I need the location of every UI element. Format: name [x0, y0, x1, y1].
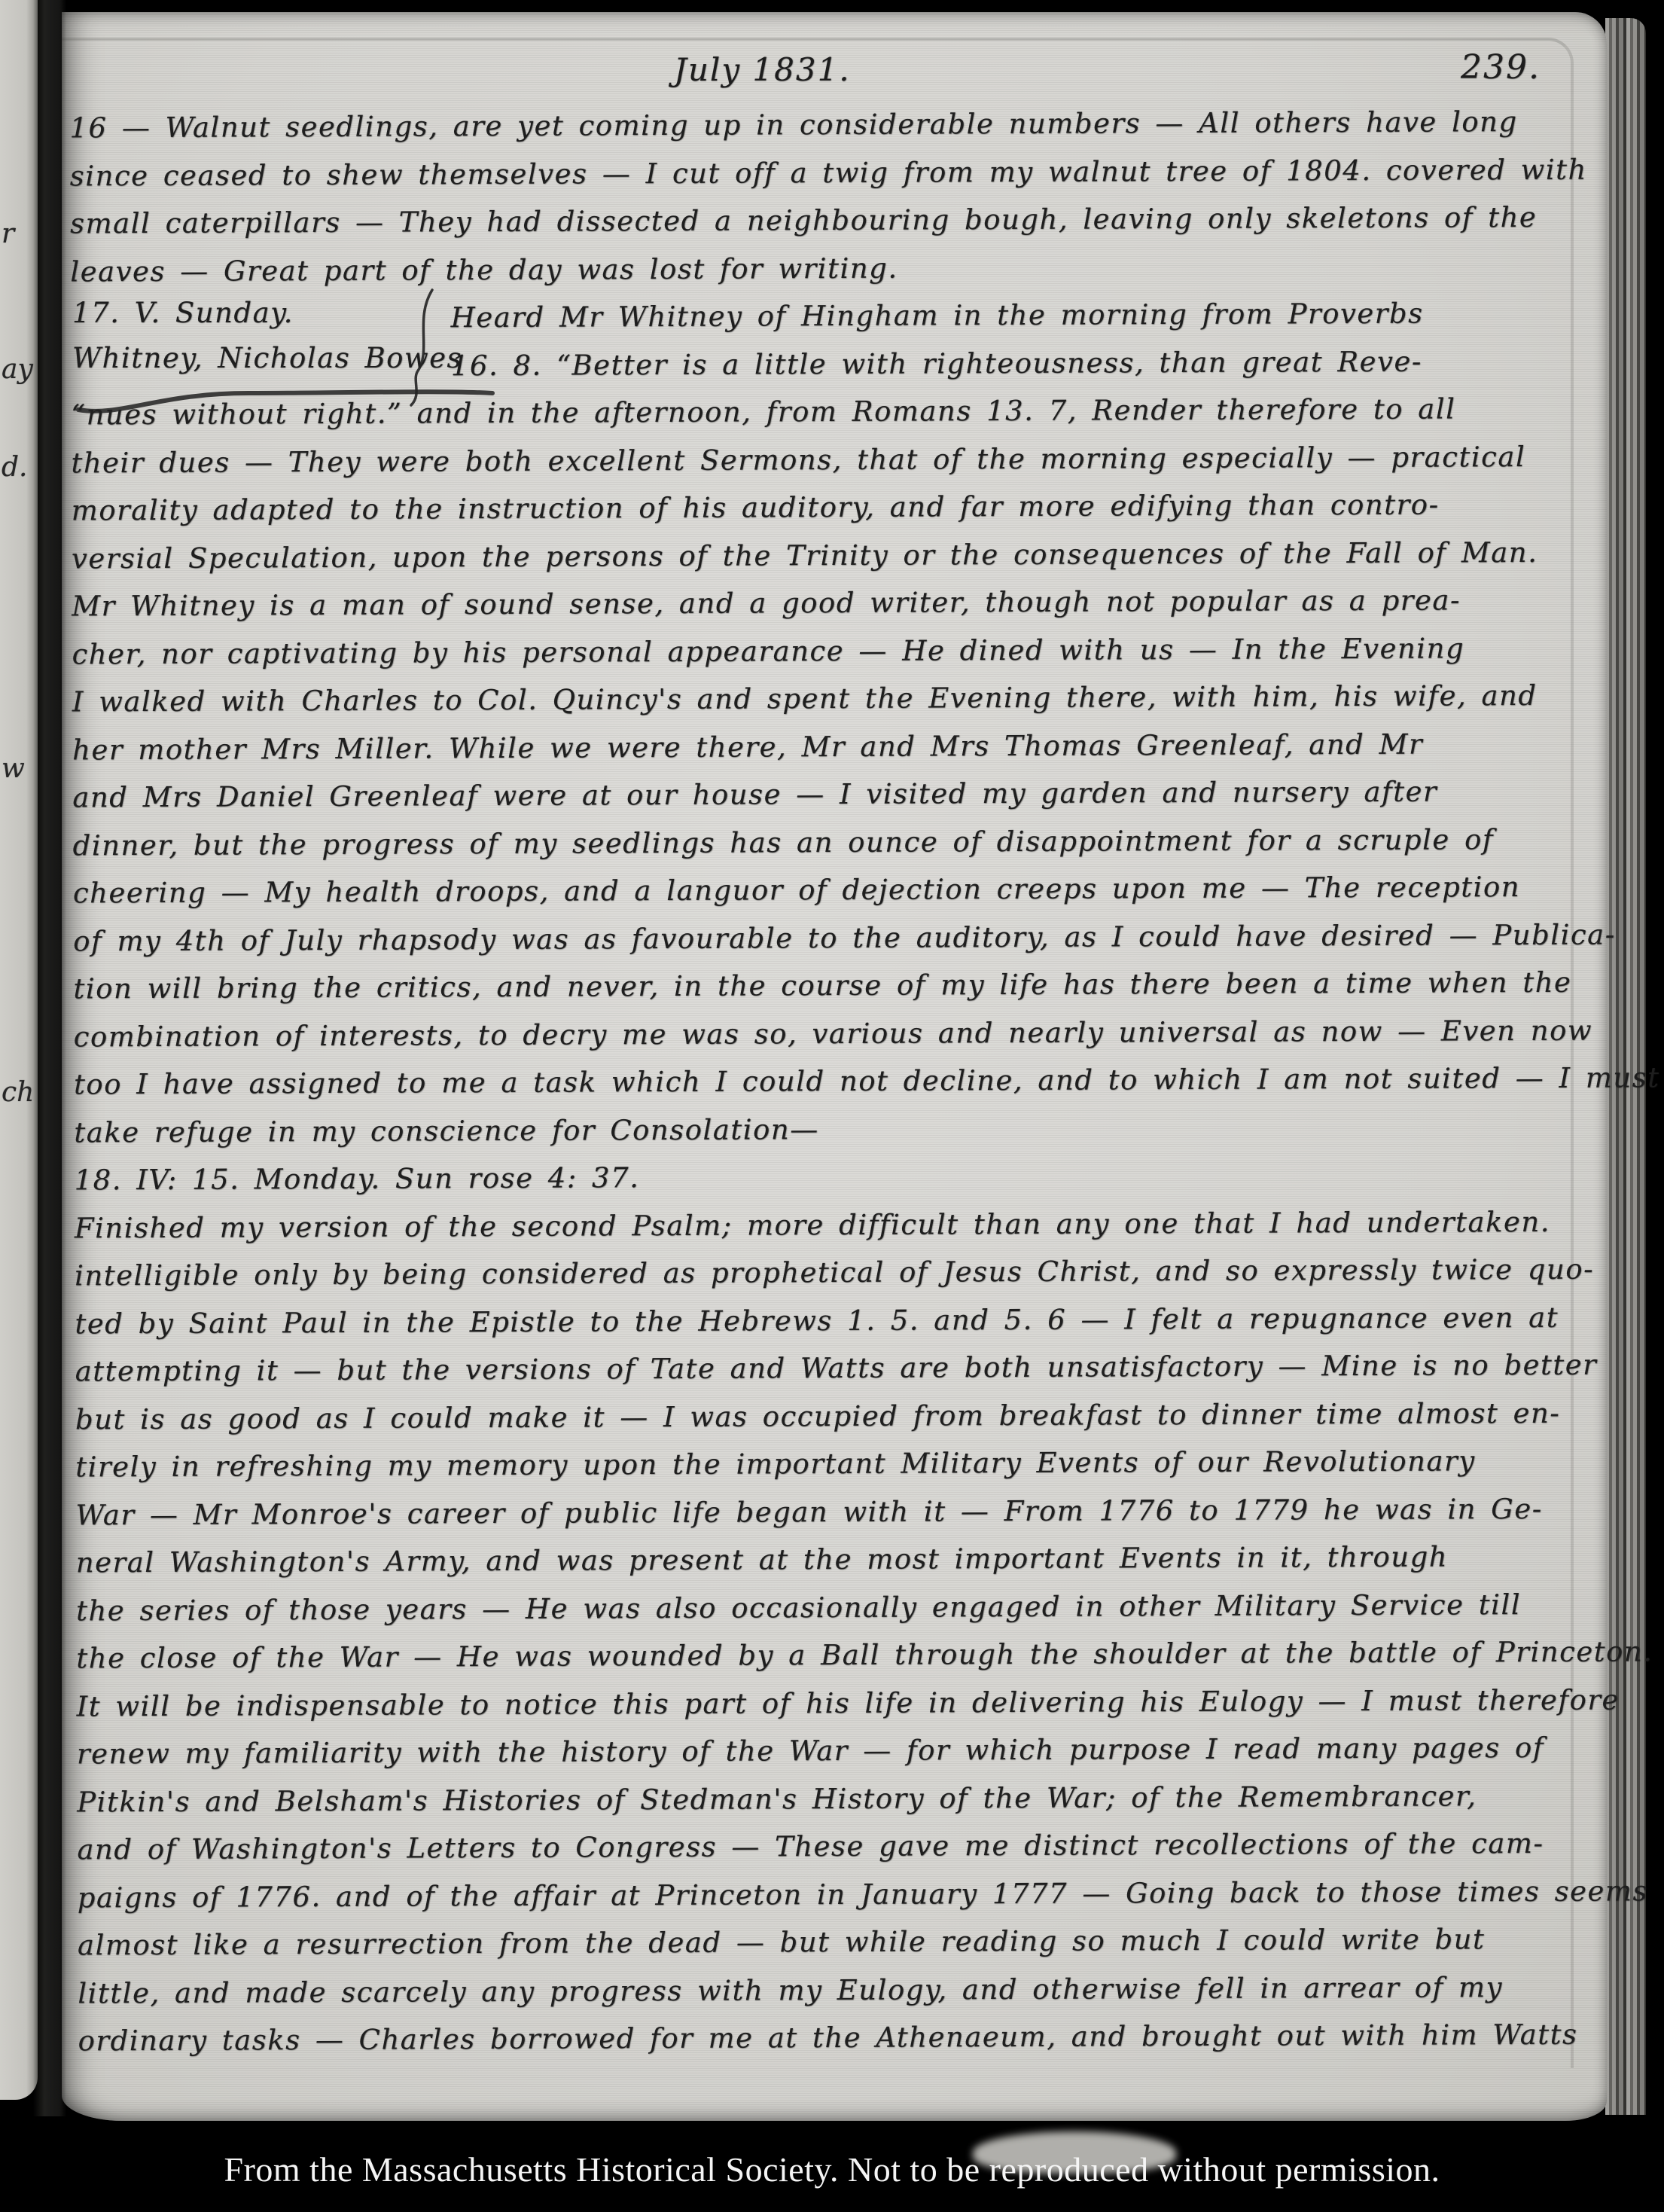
manuscript-line: tirely in refreshing my memory upon the …	[75, 1437, 1602, 1491]
manuscript-line: her mother Mrs Miller. While we were the…	[72, 719, 1599, 773]
entry-heading-line: 18. IV: 15. Monday. Sun rose 4: 37.	[74, 1150, 1601, 1204]
diary-page: July 1831. 239. 17. V. Sunday. Whitney, …	[62, 12, 1607, 2121]
manuscript-line: versial Speculation, upon the persons of…	[72, 528, 1598, 582]
manuscript-line: attempting it — but the versions of Tate…	[75, 1341, 1602, 1396]
manuscript-line: renew my familiarity with the history of…	[77, 1724, 1604, 1778]
manuscript-line: almost like a resurrection from the dead…	[78, 1915, 1605, 1969]
manuscript-line: ordinary tasks — Charles borrowed for me…	[78, 2011, 1605, 2065]
manuscript-line: I walked with Charles to Col. Quincy's a…	[72, 672, 1599, 726]
manuscript-line: and of Washington's Letters to Congress …	[77, 1820, 1604, 1874]
footer-attribution: From the Massachusetts Historical Societ…	[0, 2149, 1664, 2189]
page-number: 239.	[1461, 48, 1541, 87]
entry-brace-mark	[407, 288, 437, 408]
footer-bar: From the Massachusetts Historical Societ…	[0, 2145, 1664, 2212]
manuscript-line: leaves — Great part of the day was lost …	[70, 241, 1597, 295]
manuscript-line: paigns of 1776. and of the affair at Pri…	[78, 1867, 1605, 1921]
page-header-date: July 1831.	[674, 51, 851, 88]
manuscript-line: the close of the War — He was wounded by…	[76, 1628, 1603, 1683]
edge-fragment: ch	[2, 1077, 34, 1108]
manuscript-line: morality adapted to the instruction of h…	[72, 481, 1598, 535]
manuscript-line: It will be indispensable to notice this …	[76, 1676, 1603, 1730]
manuscript-line: of my 4th of July rhapsody was as favour…	[73, 911, 1600, 965]
manuscript-line: small caterpillars — They had dissected …	[70, 194, 1597, 248]
manuscript-line: cher, nor captivating by his personal ap…	[72, 624, 1598, 678]
manuscript-line: the series of those years — He was also …	[76, 1580, 1603, 1634]
binding-gutter-shadow	[33, 0, 66, 2116]
manuscript-line: tion will bring the critics, and never, …	[73, 959, 1600, 1013]
margin-note-entry-17: 17. V. Sunday. Whitney, Nicholas Bowes	[72, 291, 462, 381]
manuscript-line: little, and made scarcely any progress w…	[78, 1963, 1605, 2017]
manuscript-line: dinner, but the progress of my seedlings…	[72, 815, 1599, 869]
scanned-manuscript-page: r ay d. w ch July 1831. 239. 17. V. Sund…	[0, 0, 1664, 2212]
facing-page-edge: r ay d. w ch	[0, 0, 38, 2100]
manuscript-line: since ceased to shew themselves — I cut …	[70, 145, 1597, 200]
manuscript-line: Pitkin's and Belsham's Histories of Sted…	[77, 1771, 1604, 1826]
manuscript-line: ted by Saint Paul in the Epistle to the …	[75, 1293, 1602, 1347]
edge-fragment: ay	[2, 354, 33, 385]
manuscript-line: Finished my version of the second Psalm;…	[75, 1198, 1602, 1252]
edge-fragment: d.	[2, 452, 28, 483]
edge-fragment: w	[2, 753, 25, 784]
manuscript-line: War — Mr Monroe's career of public life …	[75, 1484, 1602, 1539]
manuscript-line: Mr Whitney is a man of sound sense, and …	[72, 576, 1598, 630]
manuscript-line: neral Washington's Army, and was present…	[76, 1533, 1603, 1587]
margin-note-line: 17. V. Sunday.	[72, 291, 462, 336]
manuscript-line: take refuge in my conscience for Consola…	[74, 1102, 1601, 1156]
manuscript-line: intelligible only by being considered as…	[75, 1246, 1602, 1300]
manuscript-line: 16 — Walnut seedlings, are yet coming up…	[69, 98, 1596, 152]
manuscript-line: too I have assigned to me a task which I…	[74, 1054, 1601, 1109]
manuscript-line: combination of interests, to decry me wa…	[74, 1006, 1601, 1060]
margin-note-line: Whitney, Nicholas Bowes	[72, 336, 462, 381]
manuscript-line: their dues — They were both excellent Se…	[71, 432, 1598, 487]
edge-fragment: r	[2, 218, 14, 249]
manuscript-line: but is as good as I could make it — I wa…	[75, 1389, 1602, 1443]
manuscript-line: cheering — My health droops, and a langu…	[73, 863, 1600, 917]
manuscript-line: and Mrs Daniel Greenleaf were at our hou…	[72, 767, 1599, 822]
